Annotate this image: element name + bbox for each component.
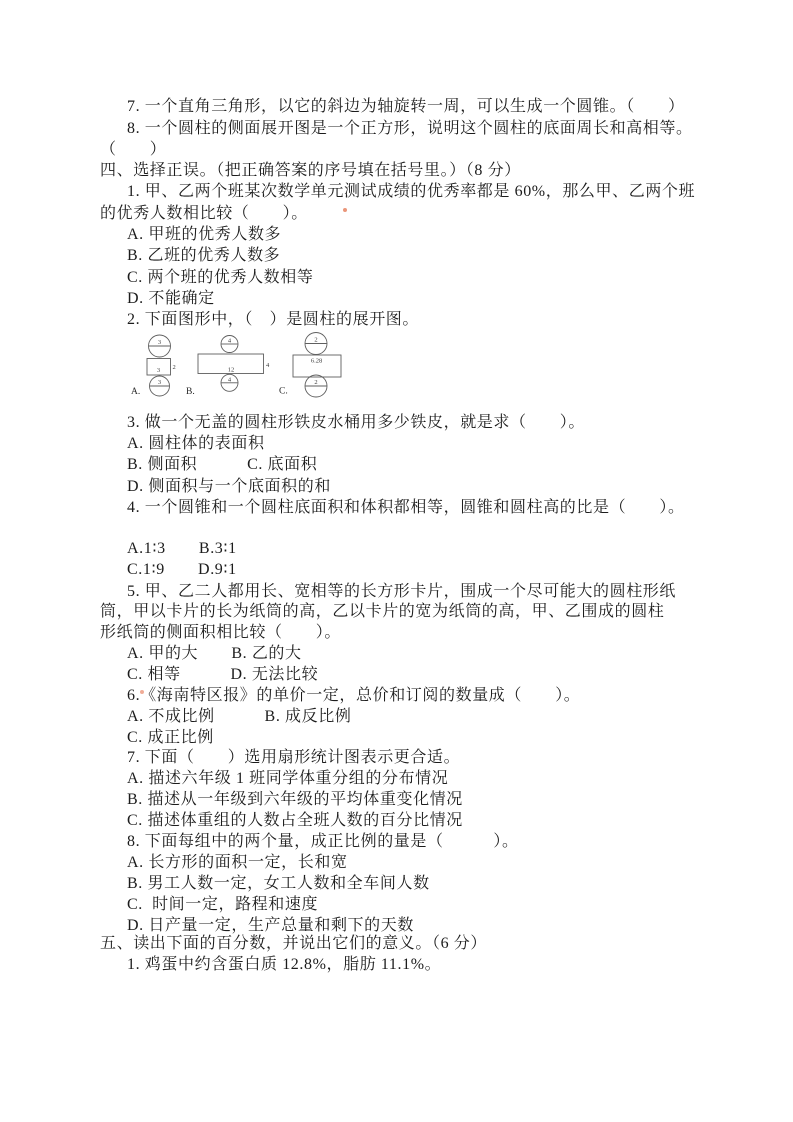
choice-q1-option-d: D. 不能确定 bbox=[127, 289, 215, 309]
choice-q5-options-cd: C. 相等 D. 无法比较 bbox=[127, 665, 318, 685]
choice-q8-option-b: B. 男工人数一定，女工人数和全车间人数 bbox=[127, 874, 430, 894]
choice-q1-option-b: B. 乙班的优秀人数多 bbox=[127, 246, 280, 266]
judge-question-7: 7. 一个直角三角形，以它的斜边为轴旋转一周，可以生成一个圆锥。（ ） bbox=[127, 97, 685, 117]
choice-q6-option-c: C. 成正比例 bbox=[127, 728, 214, 748]
stray-mark-dot bbox=[140, 690, 144, 694]
choice-q4-text: 4. 一个圆锥和一个圆柱底面积和体积都相等，圆锥和圆柱高的比是（ ）。 bbox=[127, 498, 685, 518]
choice-q1-option-a: A. 甲班的优秀人数多 bbox=[127, 225, 281, 245]
choice-q6-options-ab: A. 不成比例 B. 成反比例 bbox=[127, 707, 351, 727]
choice-q1-line2: 的优秀人数相比较（ ）。 bbox=[100, 204, 308, 224]
cylinder-net-figures: 3 3 2 3 A. 4 12 4 4 B. 2 6. bbox=[100, 326, 380, 402]
fig-b-bottom-circle-value: 4 bbox=[228, 376, 232, 383]
choice-q1-option-c: C. 两个班的优秀人数相等 bbox=[127, 268, 313, 288]
choice-q8-text: 8. 下面每组中的两个量，成正比例的量是（ ）。 bbox=[127, 832, 519, 852]
judge-question-8-line2: （ ） bbox=[100, 140, 166, 160]
fig-a-label: A. bbox=[131, 387, 140, 397]
choice-q4-options-ab: A.1∶3 B.3∶1 bbox=[127, 539, 237, 559]
section-4-title: 四、选择正误。（把正确答案的序号填在括号里。）（8 分） bbox=[100, 161, 521, 181]
choice-q5-line3: 形纸筒的侧面积相比较（ ）。 bbox=[100, 623, 341, 643]
choice-q7-option-b: B. 描述从一年级到六年级的平均体重变化情况 bbox=[127, 790, 463, 810]
choice-q8-option-a: A. 长方形的面积一定，长和宽 bbox=[127, 853, 348, 873]
choice-q5-line2: 筒，甲以卡片的长为纸筒的高，乙以卡片的宽为纸筒的高，甲、乙围成的圆柱 bbox=[100, 602, 664, 622]
fig-c-bottom-circle-value: 2 bbox=[314, 379, 317, 386]
choice-q4-options-cd: C.1∶9 D.9∶1 bbox=[127, 560, 237, 580]
choice-q3-option-d: D. 侧面积与一个底面积的和 bbox=[127, 477, 331, 497]
section-5-title: 五、读出下面的百分数，并说出它们的意义。（6 分） bbox=[100, 934, 487, 954]
fig-b-rect-value: 12 bbox=[228, 367, 235, 374]
choice-q3-text: 3. 做一个无盖的圆柱形铁皮水桶用多少铁皮，就是求（ ）。 bbox=[127, 413, 585, 433]
fig-a-top-circle-value: 3 bbox=[158, 339, 161, 346]
cylinder-net-option-c: 2 6.28 2 C. bbox=[279, 333, 341, 398]
fig-a-rect-side-value: 2 bbox=[173, 364, 176, 371]
choice-q5-options-ab: A. 甲的大 B. 乙的大 bbox=[127, 644, 302, 664]
cylinder-net-option-b: 4 12 4 4 B. bbox=[186, 336, 270, 398]
fig-b-top-circle-value: 4 bbox=[228, 338, 232, 345]
fig-a-bottom-circle-value: 3 bbox=[158, 379, 161, 386]
choice-q3-options-bc: B. 侧面积 C. 底面积 bbox=[127, 455, 317, 475]
fig-c-top-circle-value: 2 bbox=[314, 337, 317, 344]
fig-c-label: C. bbox=[279, 387, 288, 397]
percent-q1: 1. 鸡蛋中约含蛋白质 12.8%，脂肪 11.1%。 bbox=[127, 955, 441, 975]
choice-q8-option-c: C. 时间一定，路程和速度 bbox=[127, 895, 318, 915]
choice-q1-line1: 1. 甲、乙两个班某次数学单元测试成绩的优秀率都是 60%，那么甲、乙两个班 bbox=[127, 182, 695, 202]
fig-b-rect-side-value: 4 bbox=[266, 362, 270, 369]
exam-page: 7. 一个直角三角形，以它的斜边为轴旋转一周，可以生成一个圆锥。（ ） 8. 一… bbox=[0, 0, 793, 1122]
cylinder-net-option-a: 3 3 2 3 A. bbox=[131, 335, 176, 397]
fig-a-rect-value: 3 bbox=[157, 367, 160, 374]
fig-c-rect-value: 6.28 bbox=[311, 358, 322, 365]
choice-q5-line1: 5. 甲、乙二人都用长、宽相等的长方形卡片，围成一个尽可能大的圆柱形纸 bbox=[127, 582, 676, 602]
choice-q7-option-a: A. 描述六年级 1 班同学体重分组的分布情况 bbox=[127, 769, 448, 789]
judge-question-8-line1: 8. 一个圆柱的侧面展开图是一个正方形，说明这个圆柱的底面周长和高相等。 bbox=[127, 119, 693, 139]
stray-mark-dot bbox=[343, 208, 347, 212]
choice-q7-option-c: C. 描述体重组的人数占全班人数的百分比情况 bbox=[127, 811, 463, 831]
choice-q7-text: 7. 下面（ ）选用扇形统计图表示更合适。 bbox=[127, 748, 460, 768]
choice-q3-option-a: A. 圆柱体的表面积 bbox=[127, 434, 265, 454]
fig-b-label: B. bbox=[186, 387, 195, 397]
choice-q6-text: 6.《海南特区报》的单价一定，总价和订阅的数量成（ ）。 bbox=[127, 686, 580, 706]
choice-q8-option-d: D. 日产量一定，生产总量和剩下的天数 bbox=[127, 916, 414, 936]
